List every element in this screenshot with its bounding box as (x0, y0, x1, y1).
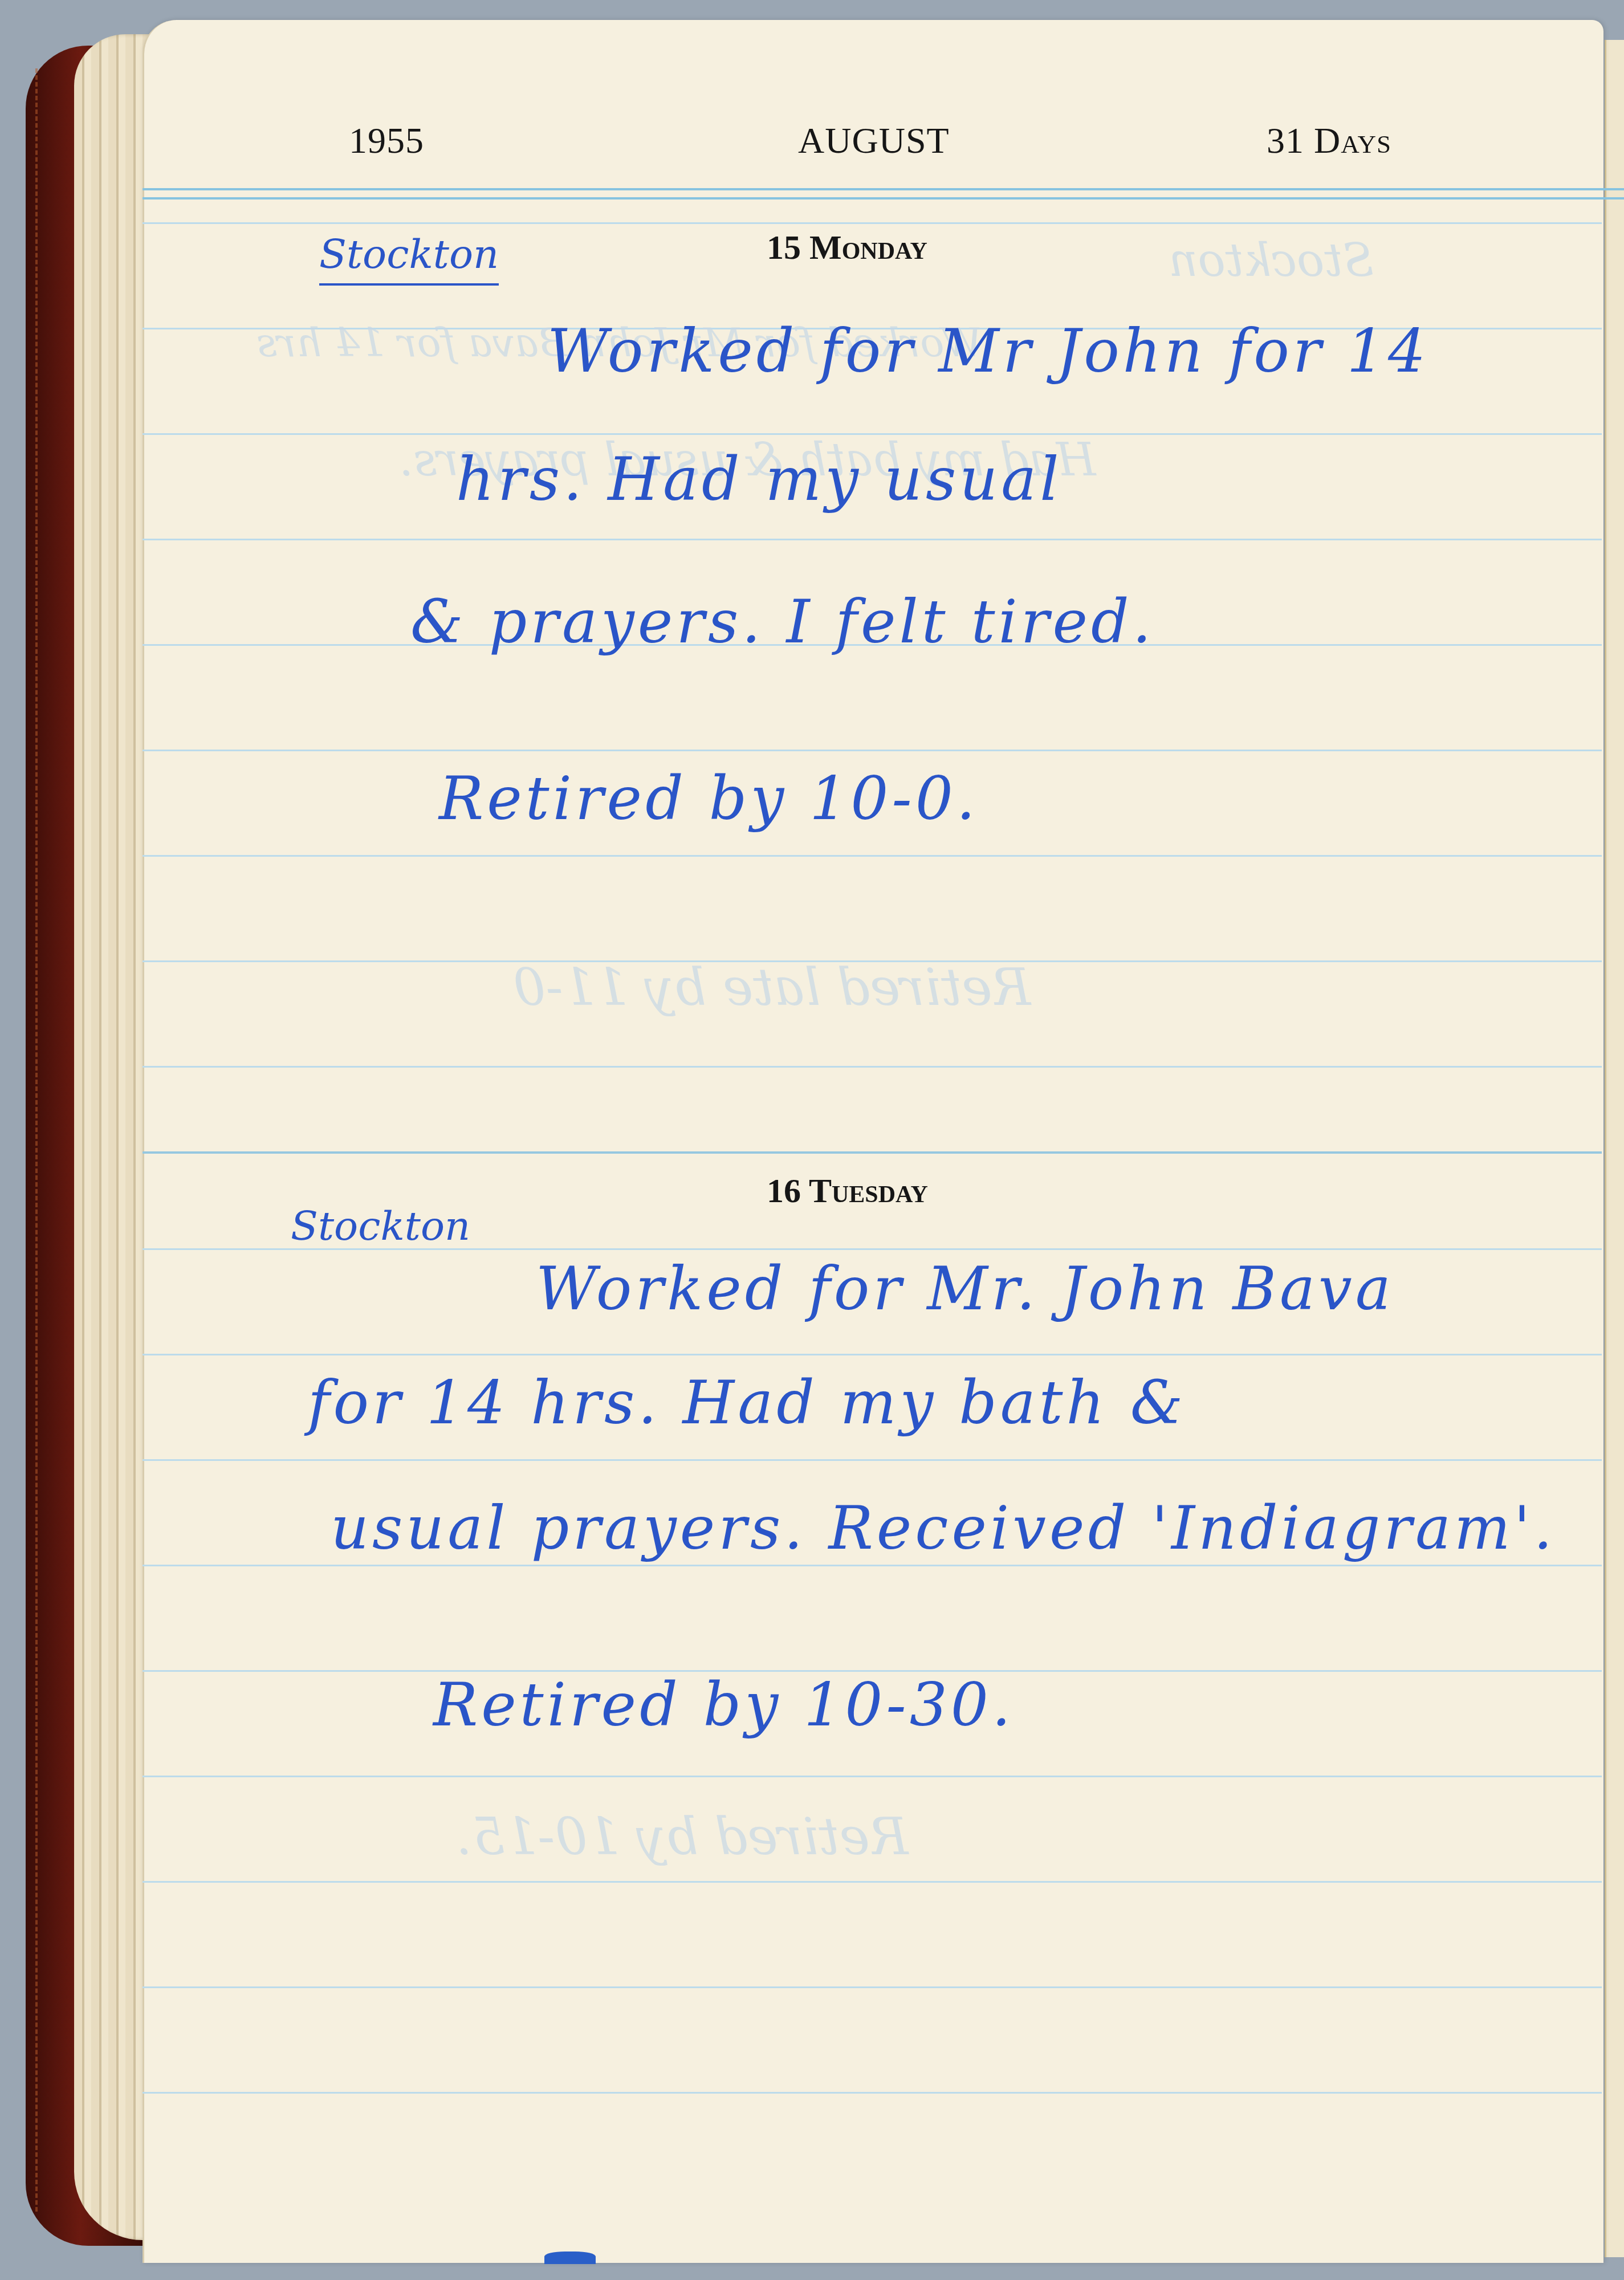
ruled-line (143, 222, 1602, 224)
ruled-line (143, 750, 1602, 751)
adjacent-page-edge (1605, 40, 1624, 2257)
ruled-line (143, 1986, 1602, 1988)
day-heading-15-monday: 15 Monday (767, 228, 927, 267)
cover-stitching (35, 68, 39, 2212)
show-through-text: Retired by 10-15. (456, 1807, 909, 1867)
year-label: 1955 (349, 120, 424, 162)
ruled-line (143, 1565, 1602, 1566)
ruled-line (143, 2092, 1602, 2094)
days-in-month-label: 31 Days (1267, 120, 1391, 162)
entry-line: Retired by 10-0. (439, 764, 979, 833)
entry-line: usual prayers. Received 'Indiagram'. (331, 1493, 1556, 1563)
entry-location: Stockton (319, 231, 499, 286)
header-rule-bottom (143, 197, 1624, 199)
entry-line: hrs. Had my usual (456, 445, 1063, 514)
entry-line: & prayers. I felt tired. (410, 587, 1155, 657)
header-rule-top (143, 188, 1624, 190)
entry-line: for 14 hrs. Had my bath & (308, 1368, 1186, 1438)
ink-blot (544, 2251, 596, 2264)
ruled-line (143, 539, 1602, 540)
entry-location: Stockton (291, 1203, 470, 1249)
ruled-line (143, 1354, 1602, 1355)
day-heading-16-tuesday: 16 Tuesday (767, 1171, 928, 1211)
entry-line: Worked for Mr. John Bava (536, 1254, 1394, 1324)
entry-line: Retired by 10-30. (433, 1670, 1014, 1740)
month-label: AUGUST (798, 120, 950, 162)
show-through-text: Stockton (1169, 234, 1374, 287)
ruled-line (143, 1066, 1602, 1068)
day-divider (143, 1151, 1602, 1154)
ruled-line (143, 1459, 1602, 1461)
entry-line: Worked for Mr John for 14 (547, 316, 1429, 386)
show-through-text: Retired late by 11-0 (513, 958, 1031, 1017)
ruled-line (143, 1776, 1602, 1777)
ruled-line (143, 855, 1602, 857)
ruled-line (143, 1881, 1602, 1883)
